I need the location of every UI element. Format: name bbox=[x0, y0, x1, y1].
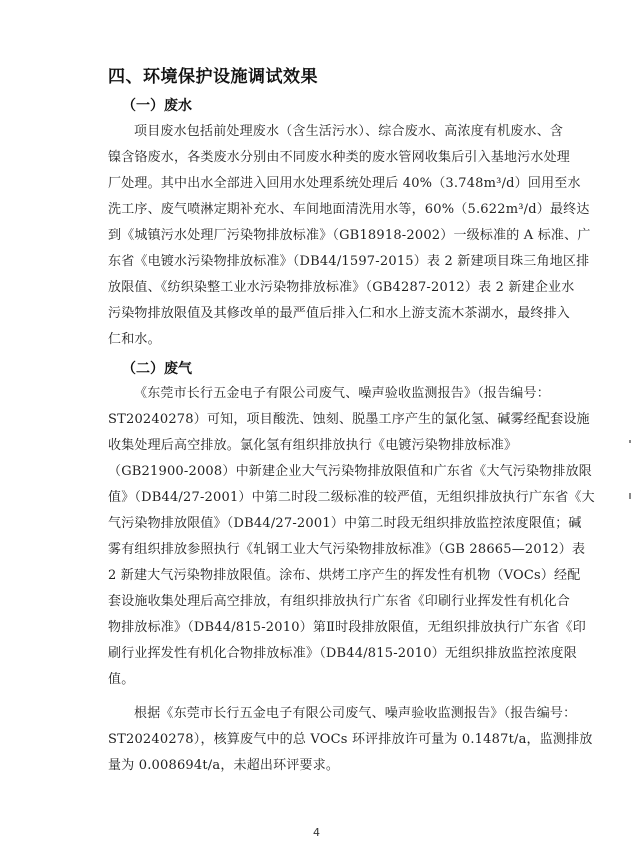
paragraph-line: ST20240278），核算废气中的总 VOCs 环评排放许可量为 0.1487… bbox=[108, 730, 548, 750]
paragraph-line: 量为 0.008694t/a，未超出环评要求。 bbox=[108, 756, 548, 776]
paragraph-line: （GB21900-2008）中新建企业大气污染物排放限值和广东省《大气污染物排放… bbox=[108, 462, 548, 482]
paragraph-line: 气污染物排放限值》（DB44/27-2001）中第二时段无组织排放监控浓度限值；… bbox=[108, 514, 548, 534]
paragraph-line: 镍含铬废水，各类废水分别由不同废水种类的废水管网收集后引入基地污水处理 bbox=[108, 148, 548, 168]
paragraph-line: 厂处理。其中出水全部进入回用水处理系统处理后 40%（3.748m³/d）回用至… bbox=[108, 174, 548, 194]
paragraph-line: 物排放标准》（DB44/815-2010）第Ⅱ时段排放限值，无组织排放执行广东省… bbox=[108, 618, 548, 638]
paragraph-line: 雾有组织排放参照执行《轧钢工业大气污染物排放标准》（GB 28665—2012）… bbox=[108, 540, 548, 560]
paragraph-line: 项目废水包括前处理废水（含生活污水）、综合废水、高浓度有机废水、含 bbox=[134, 122, 574, 142]
paragraph-line: 根据《东莞市长行五金电子有限公司废气、噪声验收监测报告》（报告编号： bbox=[134, 704, 574, 724]
paragraph-line: ST20240278）可知，项目酸洗、蚀刻、脱墨工序产生的氯化氢、碱雾经配套设施 bbox=[108, 410, 548, 430]
paragraph-line: 《东莞市长行五金电子有限公司废气、噪声验收监测报告》（报告编号： bbox=[134, 384, 574, 404]
paragraph-line: 收集处理后高空排放。氯化氢有组织排放执行《电镀污染物排放标准》 bbox=[108, 436, 548, 456]
page-number: 4 bbox=[313, 826, 320, 839]
subsection-heading-exhaust-gas: （二）废气 bbox=[122, 358, 192, 378]
paragraph-line: 洗工序、废气喷淋定期补充水、车间地面清洗用水等，60%（5.622m³/d）最终… bbox=[108, 200, 548, 220]
paragraph-line: 刷行业挥发性有机化合物排放标准》（DB44/815-2010）无组织排放监控浓度… bbox=[108, 644, 548, 664]
paragraph-line: 值。 bbox=[108, 670, 548, 690]
paragraph-line: 值》（DB44/27-2001）中第二时段二级标准的较严值，无组织排放执行广东省… bbox=[108, 488, 548, 508]
paragraph-line: 污染物排放限值及其修改单的最严值后排入仁和水上游支流木茶湖水，最终排入 bbox=[108, 304, 548, 324]
paragraph-line: 仁和水。 bbox=[108, 330, 548, 350]
section-title: 四、环境保护设施调试效果 bbox=[108, 62, 318, 87]
subsection-heading-wastewater: （一）废水 bbox=[122, 95, 192, 115]
paragraph-line: 2 新建大气污染物排放限值。涂布、烘烤工序产生的挥发性有机物（VOCs）经配 bbox=[108, 566, 548, 586]
paragraph-line: 放限值、《纺织染整工业水污染物排放标准》（GB4287-2012）表 2 新建企… bbox=[108, 278, 548, 298]
paragraph-line: 到《城镇污水处理厂污染物排放标准》（GB18918-2002）一级标准的 A 标… bbox=[108, 226, 548, 246]
document-page: 四、环境保护设施调试效果 （一）废水 项目废水包括前处理废水（含生活污水）、综合… bbox=[0, 0, 631, 854]
paragraph-line: 东省《电镀水污染物排放标准》（DB44/1597-2015）表 2 新建项目珠三… bbox=[108, 252, 548, 272]
paragraph-line: 套设施收集处理后高空排放，有组织排放执行广东省《印刷行业挥发性有机化合 bbox=[108, 592, 548, 612]
